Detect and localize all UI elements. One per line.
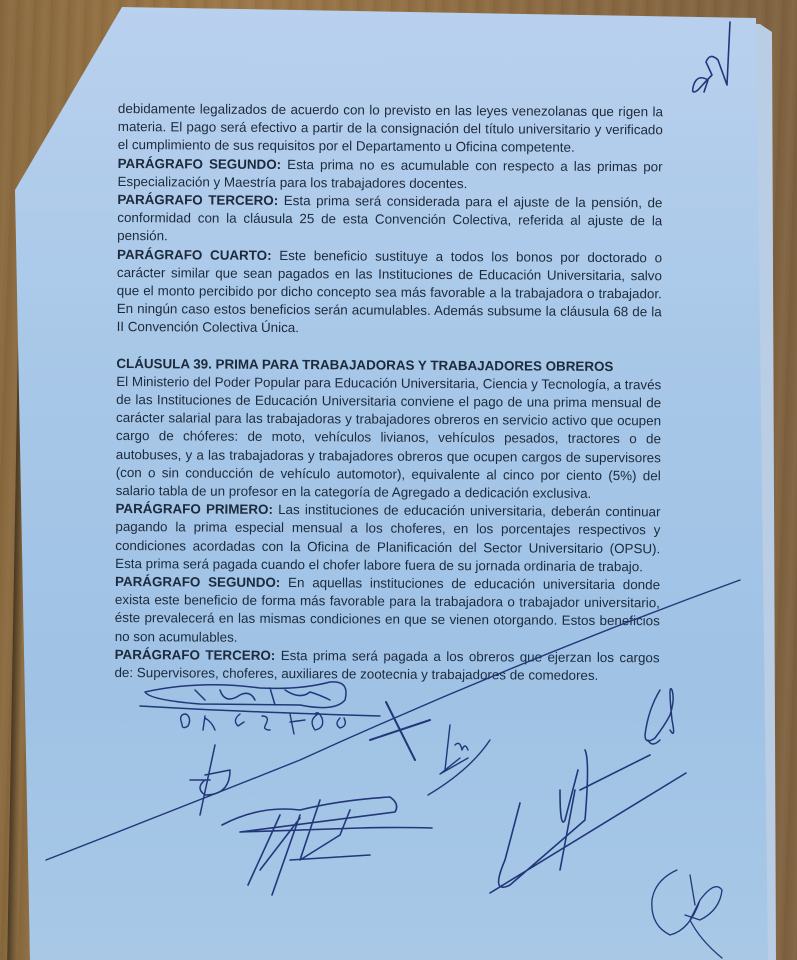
continuation-paragraph: debidamente legalizados de acuerdo con l… [118,100,663,158]
paragraph-cuarto-prev: PARÁGRAFO CUARTO: Este beneficio sustitu… [117,246,663,340]
paragraph-label: PARÁGRAFO PRIMERO: [115,501,273,517]
paragraph-label: PARÁGRAFO TERCERO: [117,192,278,208]
paragraph-label: PARÁGRAFO SEGUNDO: [118,156,282,172]
document-body: debidamente legalizados de acuerdo con l… [114,100,663,686]
paragraph-segundo-prev: PARÁGRAFO SEGUNDO: Esta prima no es acum… [117,155,662,195]
paragraph-segundo: PARÁGRAFO SEGUNDO: En aquellas instituci… [115,573,660,649]
clause-body: El Ministerio del Poder Popular para Edu… [116,373,662,504]
paragraph-tercero: PARÁGRAFO TERCERO: Esta prima será pagad… [114,646,659,686]
paragraph-label: PARÁGRAFO CUARTO: [117,247,272,263]
paragraph-label: PARÁGRAFO SEGUNDO: [115,574,280,590]
paragraph-tercero-prev: PARÁGRAFO TERCERO: Esta prima será consi… [117,191,662,249]
paragraph-primero: PARÁGRAFO PRIMERO: Las instituciones de … [115,500,660,576]
paragraph-label: PARÁGRAFO TERCERO: [115,647,276,663]
